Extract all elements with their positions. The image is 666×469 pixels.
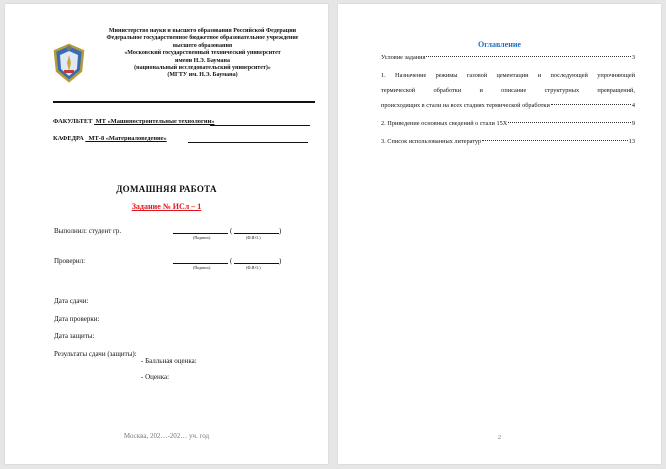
department-line: КАФЕДРА МТ-8 «Материаловедение» — [53, 135, 167, 142]
name-paren: ( — [230, 227, 232, 235]
header-line: имени Н.Э. Баумана — [80, 58, 325, 65]
date-defense-label: Дата защиты: — [54, 332, 94, 340]
document-page-2: Оглавление Условие задания 3 1. Назначен… — [338, 4, 661, 464]
name-line — [234, 263, 279, 264]
score-label: - Балльная оценка: — [141, 357, 197, 365]
task-title: Задание № ИСл – 1 — [5, 202, 328, 211]
signature-caption: (Подпись) — [193, 235, 210, 240]
performed-by-label: Выполнил: студент гр. — [54, 227, 121, 235]
document-title: ДОМАШНЯЯ РАБОТА — [5, 184, 328, 194]
department-label: КАФЕДРА — [53, 135, 84, 142]
date-checked-label: Дата проверки: — [54, 315, 99, 323]
grade-label: - Оценка: — [141, 373, 169, 381]
checked-by-label: Проверил: — [54, 257, 85, 265]
results-label: Результаты сдачи (защиты): — [54, 350, 137, 358]
faculty-label: ФАКУЛЬТЕТ — [53, 118, 92, 125]
toc-dots — [426, 56, 630, 57]
name-paren: ) — [279, 257, 281, 265]
department-underline — [188, 142, 308, 143]
toc-entry-text: происходящих в стали на всех стадиях тер… — [381, 99, 550, 112]
footer-city-year: Москва, 202…-202… уч. год — [5, 432, 328, 440]
institution-header: Министерство науки и высшего образования… — [80, 28, 325, 80]
faculty-underline — [210, 125, 310, 126]
toc-entry[interactable]: 1. Назначение режимы газовой цементации … — [381, 69, 635, 112]
toc-entry[interactable]: 3. Список использованных литератур 13 — [381, 135, 635, 148]
document-page-1: Министерство науки и высшего образования… — [5, 4, 328, 464]
toc-entry-text: 3. Список использованных литератур — [381, 135, 481, 148]
department-value: МТ-8 «Материаловедение» — [89, 135, 167, 142]
toc-entry-text: 2. Приведение основных сведений о стали … — [381, 117, 507, 130]
toc-entry-text: термической обработки и описание структу… — [381, 84, 635, 97]
toc-entry-text: Условие задания — [381, 51, 425, 64]
toc-entry-page: 9 — [632, 117, 635, 130]
signature-caption: (Подпись) — [193, 265, 210, 270]
name-caption: (Ф.И.О.) — [246, 265, 261, 270]
faculty-value: МТ «Машиностроительные технологии» — [96, 118, 215, 125]
date-submitted-label: Дата сдачи: — [54, 297, 88, 305]
header-line: «Московский государственный технический … — [80, 50, 325, 57]
name-paren: ) — [279, 227, 281, 235]
header-line: Федеральное государственное бюджетное об… — [80, 35, 325, 42]
toc-dots — [551, 104, 631, 105]
toc-entry[interactable]: 2. Приведение основных сведений о стали … — [381, 117, 635, 130]
toc-dots — [482, 140, 627, 141]
page-number: 2 — [338, 434, 661, 441]
toc-entry-text: 1. Назначение режимы газовой цементации … — [381, 69, 635, 82]
toc-dots — [508, 122, 631, 123]
name-caption: (Ф.И.О.) — [246, 235, 261, 240]
table-of-contents: Условие задания 3 1. Назначение режимы г… — [381, 51, 635, 148]
header-divider — [53, 101, 315, 103]
name-line — [234, 233, 279, 234]
signature-line — [173, 233, 228, 234]
toc-entry-page: 4 — [632, 99, 635, 112]
signature-line — [173, 263, 228, 264]
header-line: (МГТУ им. Н.Э. Баумана) — [80, 72, 325, 79]
toc-entry[interactable]: Условие задания 3 — [381, 51, 635, 64]
toc-entry-page: 13 — [629, 135, 635, 148]
toc-title: Оглавление — [338, 40, 661, 49]
toc-entry-page: 3 — [632, 51, 635, 64]
name-paren: ( — [230, 257, 232, 265]
faculty-line: ФАКУЛЬТЕТ МТ «Машиностроительные техноло… — [53, 118, 214, 125]
